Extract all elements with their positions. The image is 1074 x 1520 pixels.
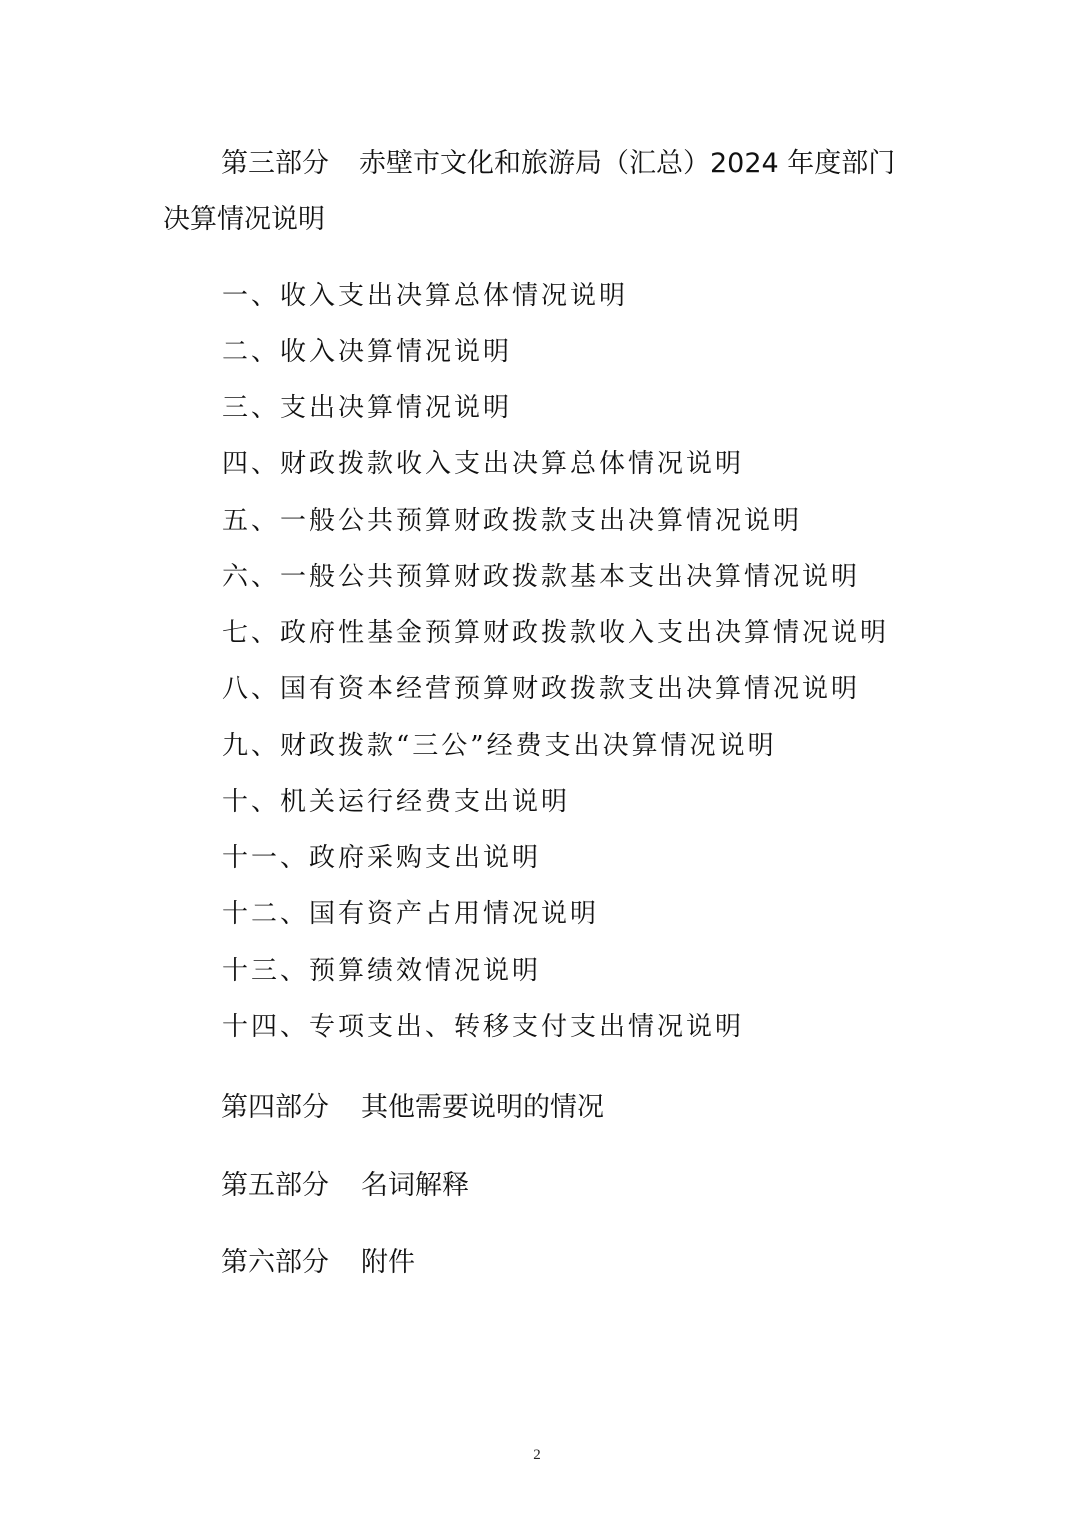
document-page: 第三部分赤壁市文化和旅游局（汇总）2024 年度部门 决算情况说明 一、收入支出…: [0, 0, 1074, 1520]
section-title: 赤壁市文化和旅游局（汇总）2024 年度部门: [359, 148, 895, 179]
part-title: 名词解释: [361, 1170, 469, 1201]
part-title: 其他需要说明的情况: [361, 1092, 604, 1123]
toc-item: 十三、预算绩效情况说明: [222, 950, 541, 987]
toc-item: 五、一般公共预算财政拨款支出决算情况说明: [222, 500, 802, 537]
part-label: 第四部分: [221, 1092, 329, 1123]
toc-item: 七、政府性基金预算财政拨款收入支出决算情况说明: [222, 612, 889, 649]
part-label: 第六部分: [221, 1247, 329, 1278]
toc-item: 八、国有资本经营预算财政拨款支出决算情况说明: [222, 668, 860, 705]
toc-item: 十、机关运行经费支出说明: [222, 781, 570, 818]
toc-item: 四、财政拨款收入支出决算总体情况说明: [222, 443, 744, 480]
toc-item: 十二、国有资产占用情况说明: [222, 893, 599, 930]
section-heading-line1: 第三部分赤壁市文化和旅游局（汇总）2024 年度部门: [221, 141, 895, 180]
part-heading: 第四部分其他需要说明的情况: [221, 1085, 604, 1124]
part-heading: 第五部分名词解释: [221, 1163, 469, 1202]
toc-item: 九、财政拨款“三公”经费支出决算情况说明: [222, 725, 777, 762]
section-part-label: 第三部分: [221, 148, 329, 179]
section-heading-line2: 决算情况说明: [163, 197, 325, 236]
toc-item: 十一、政府采购支出说明: [222, 837, 541, 874]
toc-item: 六、一般公共预算财政拨款基本支出决算情况说明: [222, 556, 860, 593]
toc-item: 一、收入支出决算总体情况说明: [222, 275, 628, 312]
part-label: 第五部分: [221, 1170, 329, 1201]
part-heading: 第六部分附件: [221, 1240, 415, 1279]
part-title: 附件: [361, 1247, 415, 1278]
toc-item: 二、收入决算情况说明: [222, 331, 512, 368]
page-number: 2: [0, 1447, 1074, 1464]
toc-item: 十四、专项支出、转移支付支出情况说明: [222, 1006, 744, 1043]
toc-item: 三、支出决算情况说明: [222, 387, 512, 424]
